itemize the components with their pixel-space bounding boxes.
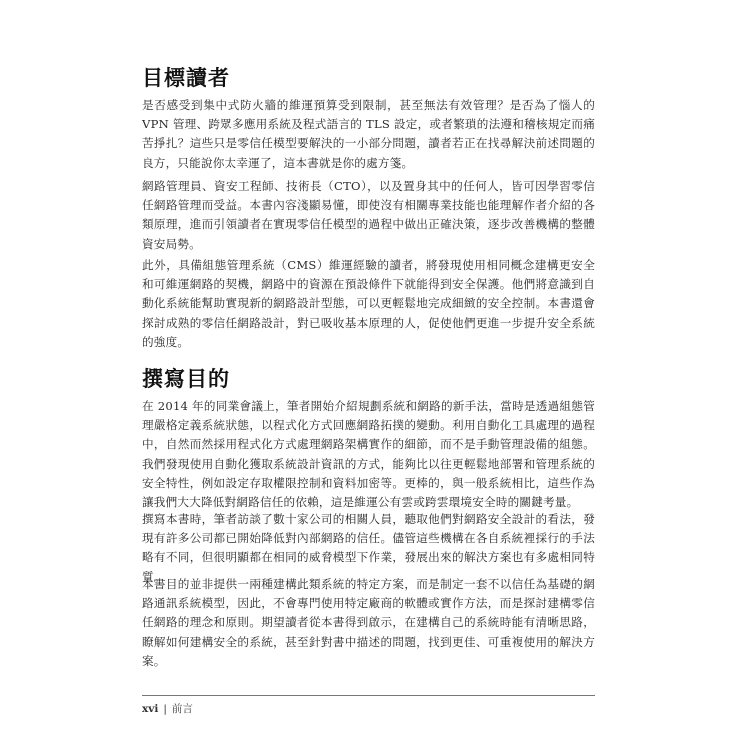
- page-footer: xvi|前言: [142, 701, 193, 716]
- paragraph: 此外，具備組態管理系統（CMS）維運經驗的讀者，將發現使用相同概念建構更安全和可…: [142, 256, 595, 352]
- section-heading-target-readers: 目標讀者: [142, 62, 230, 92]
- page-number: xvi: [142, 703, 158, 715]
- paragraph: 網路管理員、資安工程師、技術長（CTO），以及置身其中的任何人，皆可因學習零信任…: [142, 177, 595, 254]
- paragraph: 在 2014 年的同業會議上，筆者開始介紹規劃系統和網路的新手法，當時是透過組態…: [142, 397, 595, 512]
- chapter-title: 前言: [172, 703, 193, 715]
- footer-separator: |: [163, 703, 167, 715]
- paragraph: 本書目的並非提供一兩種建構此類系統的特定方案，而是制定一套不以信任為基礎的網路通…: [142, 575, 595, 671]
- section-heading-writing-purpose: 撰寫目的: [142, 363, 230, 393]
- footer-divider: [142, 695, 595, 696]
- paragraph: 是否感受到集中式防火牆的維運預算受到限制，甚至無法有效管理？是否為了惱人的VPN…: [142, 96, 595, 173]
